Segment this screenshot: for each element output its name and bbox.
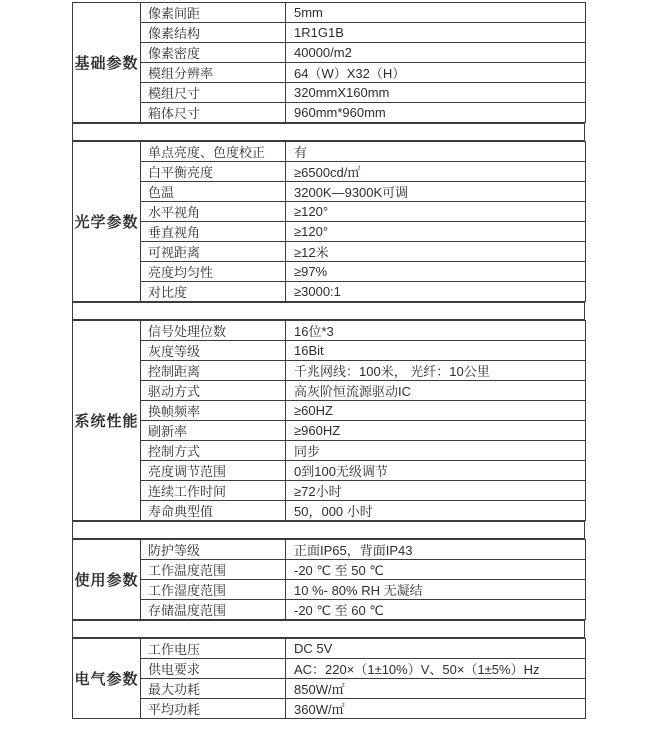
category-label-usage: 使用参数: [73, 540, 141, 620]
spec-table-usage: 使用参数 防护等级 正面IP65，背面IP43 工作温度范围 -20 ℃ 至 5…: [72, 539, 586, 620]
table-row: 控制方式 同步: [73, 441, 586, 461]
spec-table-basic: 基础参数 像素间距 5mm 像素结构 1R1G1B 像素密度 40000/m2 …: [72, 2, 586, 123]
table-row: 水平视角 ≥120°: [73, 202, 586, 222]
spec-label: 像素间距: [141, 3, 286, 23]
spec-label: 控制方式: [141, 441, 286, 461]
table-row: 像素结构 1R1G1B: [73, 23, 586, 43]
spec-label: 亮度调节范围: [141, 461, 286, 481]
table-row: 寿命典型值 50，000 小时: [73, 501, 586, 521]
spec-label: 像素结构: [141, 23, 286, 43]
table-row: 白平衡亮度 ≥6500cd/㎡: [73, 162, 586, 182]
spec-label: 存储温度范围: [141, 600, 286, 620]
table-row: 驱动方式 高灰阶恒流源驱动IC: [73, 381, 586, 401]
spec-label: 驱动方式: [141, 381, 286, 401]
spec-value: ≥6500cd/㎡: [286, 162, 586, 182]
spec-value: -20 ℃ 至 50 ℃: [286, 560, 586, 580]
spec-label: 模组尺寸: [141, 83, 286, 103]
spec-value: AC：220×（1±10%）V、50×（1±5%）Hz: [286, 659, 586, 679]
spec-value: 850W/㎡: [286, 679, 586, 699]
spec-label: 亮度均匀性: [141, 262, 286, 282]
spec-value: ≥960HZ: [286, 421, 586, 441]
spec-label: 控制距离: [141, 361, 286, 381]
spec-label: 最大功耗: [141, 679, 286, 699]
spec-value: 有: [286, 142, 586, 162]
section-separator: [72, 302, 585, 320]
spec-value: 5mm: [286, 3, 586, 23]
table-row: 模组分辨率 64（W）X32（H）: [73, 63, 586, 83]
spec-value: 3200K—9300K可调: [286, 182, 586, 202]
spec-value: -20 ℃ 至 60 ℃: [286, 600, 586, 620]
spec-label: 白平衡亮度: [141, 162, 286, 182]
spec-label: 平均功耗: [141, 699, 286, 719]
spec-label: 可视距离: [141, 242, 286, 262]
table-row: 像素密度 40000/m2: [73, 43, 586, 63]
spec-value: ≥12米: [286, 242, 586, 262]
spec-value: 16位*3: [286, 321, 586, 341]
spec-value: 高灰阶恒流源驱动IC: [286, 381, 586, 401]
table-row: 光学参数 单点亮度、色度校正 有: [73, 142, 586, 162]
table-row: 色温 3200K—9300K可调: [73, 182, 586, 202]
table-row: 换帧频率 ≥60HZ: [73, 401, 586, 421]
table-row: 连续工作时间 ≥72小时: [73, 481, 586, 501]
spec-table-stack: 基础参数 像素间距 5mm 像素结构 1R1G1B 像素密度 40000/m2 …: [72, 2, 586, 719]
table-row: 亮度均匀性 ≥97%: [73, 262, 586, 282]
table-row: 箱体尺寸 960mm*960mm: [73, 103, 586, 123]
spec-label: 箱体尺寸: [141, 103, 286, 123]
table-row: 存储温度范围 -20 ℃ 至 60 ℃: [73, 600, 586, 620]
spec-table-optical: 光学参数 单点亮度、色度校正 有 白平衡亮度 ≥6500cd/㎡ 色温 3200…: [72, 141, 586, 302]
spec-label: 换帧频率: [141, 401, 286, 421]
spec-value: ≥120°: [286, 202, 586, 222]
spec-value: ≥72小时: [286, 481, 586, 501]
spec-value: 64（W）X32（H）: [286, 63, 586, 83]
spec-label: 寿命典型值: [141, 501, 286, 521]
spec-label: 信号处理位数: [141, 321, 286, 341]
table-row: 工作温度范围 -20 ℃ 至 50 ℃: [73, 560, 586, 580]
spec-table-electrical: 电气参数 工作电压 DC 5V 供电要求 AC：220×（1±10%）V、50×…: [72, 638, 586, 719]
spec-value: ≥97%: [286, 262, 586, 282]
table-row: 可视距离 ≥12米: [73, 242, 586, 262]
table-row: 模组尺寸 320mmX160mm: [73, 83, 586, 103]
spec-label: 对比度: [141, 282, 286, 302]
table-row: 垂直视角 ≥120°: [73, 222, 586, 242]
spec-value: ≥3000:1: [286, 282, 586, 302]
category-label-basic: 基础参数: [73, 3, 141, 123]
spec-label: 工作湿度范围: [141, 580, 286, 600]
section-separator: [72, 620, 585, 638]
table-row: 对比度 ≥3000:1: [73, 282, 586, 302]
spec-label: 刷新率: [141, 421, 286, 441]
spec-value: ≥60HZ: [286, 401, 586, 421]
table-row: 系统性能 信号处理位数 16位*3: [73, 321, 586, 341]
table-row: 控制距离 千兆网线：100米， 光纤：10公里: [73, 361, 586, 381]
spec-value: 0到100无级调节: [286, 461, 586, 481]
table-row: 基础参数 像素间距 5mm: [73, 3, 586, 23]
spec-label: 连续工作时间: [141, 481, 286, 501]
spec-table-system: 系统性能 信号处理位数 16位*3 灰度等级 16Bit 控制距离 千兆网线：1…: [72, 320, 586, 521]
spec-label: 灰度等级: [141, 341, 286, 361]
category-label-electrical: 电气参数: [73, 639, 141, 719]
section-separator: [72, 521, 585, 539]
spec-value: 1R1G1B: [286, 23, 586, 43]
spec-value: 同步: [286, 441, 586, 461]
spec-label: 供电要求: [141, 659, 286, 679]
table-row: 使用参数 防护等级 正面IP65，背面IP43: [73, 540, 586, 560]
table-row: 平均功耗 360W/㎡: [73, 699, 586, 719]
spec-value: 正面IP65，背面IP43: [286, 540, 586, 560]
table-row: 灰度等级 16Bit: [73, 341, 586, 361]
spec-value: 10 %- 80% RH 无凝结: [286, 580, 586, 600]
spec-value: 16Bit: [286, 341, 586, 361]
table-row: 最大功耗 850W/㎡: [73, 679, 586, 699]
spec-sheet-page: 基础参数 像素间距 5mm 像素结构 1R1G1B 像素密度 40000/m2 …: [0, 0, 656, 730]
spec-label: 水平视角: [141, 202, 286, 222]
spec-label: 模组分辨率: [141, 63, 286, 83]
spec-label: 像素密度: [141, 43, 286, 63]
spec-label: 色温: [141, 182, 286, 202]
spec-label: 单点亮度、色度校正: [141, 142, 286, 162]
spec-value: 360W/㎡: [286, 699, 586, 719]
table-row: 刷新率 ≥960HZ: [73, 421, 586, 441]
table-row: 亮度调节范围 0到100无级调节: [73, 461, 586, 481]
section-separator: [72, 123, 585, 141]
category-label-system: 系统性能: [73, 321, 141, 521]
spec-value: 960mm*960mm: [286, 103, 586, 123]
spec-label: 工作温度范围: [141, 560, 286, 580]
table-row: 供电要求 AC：220×（1±10%）V、50×（1±5%）Hz: [73, 659, 586, 679]
spec-value: ≥120°: [286, 222, 586, 242]
spec-label: 防护等级: [141, 540, 286, 560]
table-row: 工作湿度范围 10 %- 80% RH 无凝结: [73, 580, 586, 600]
category-label-optical: 光学参数: [73, 142, 141, 302]
spec-value: DC 5V: [286, 639, 586, 659]
spec-value: 千兆网线：100米， 光纤：10公里: [286, 361, 586, 381]
spec-value: 320mmX160mm: [286, 83, 586, 103]
spec-value: 50，000 小时: [286, 501, 586, 521]
spec-label: 工作电压: [141, 639, 286, 659]
spec-label: 垂直视角: [141, 222, 286, 242]
spec-value: 40000/m2: [286, 43, 586, 63]
table-row: 电气参数 工作电压 DC 5V: [73, 639, 586, 659]
